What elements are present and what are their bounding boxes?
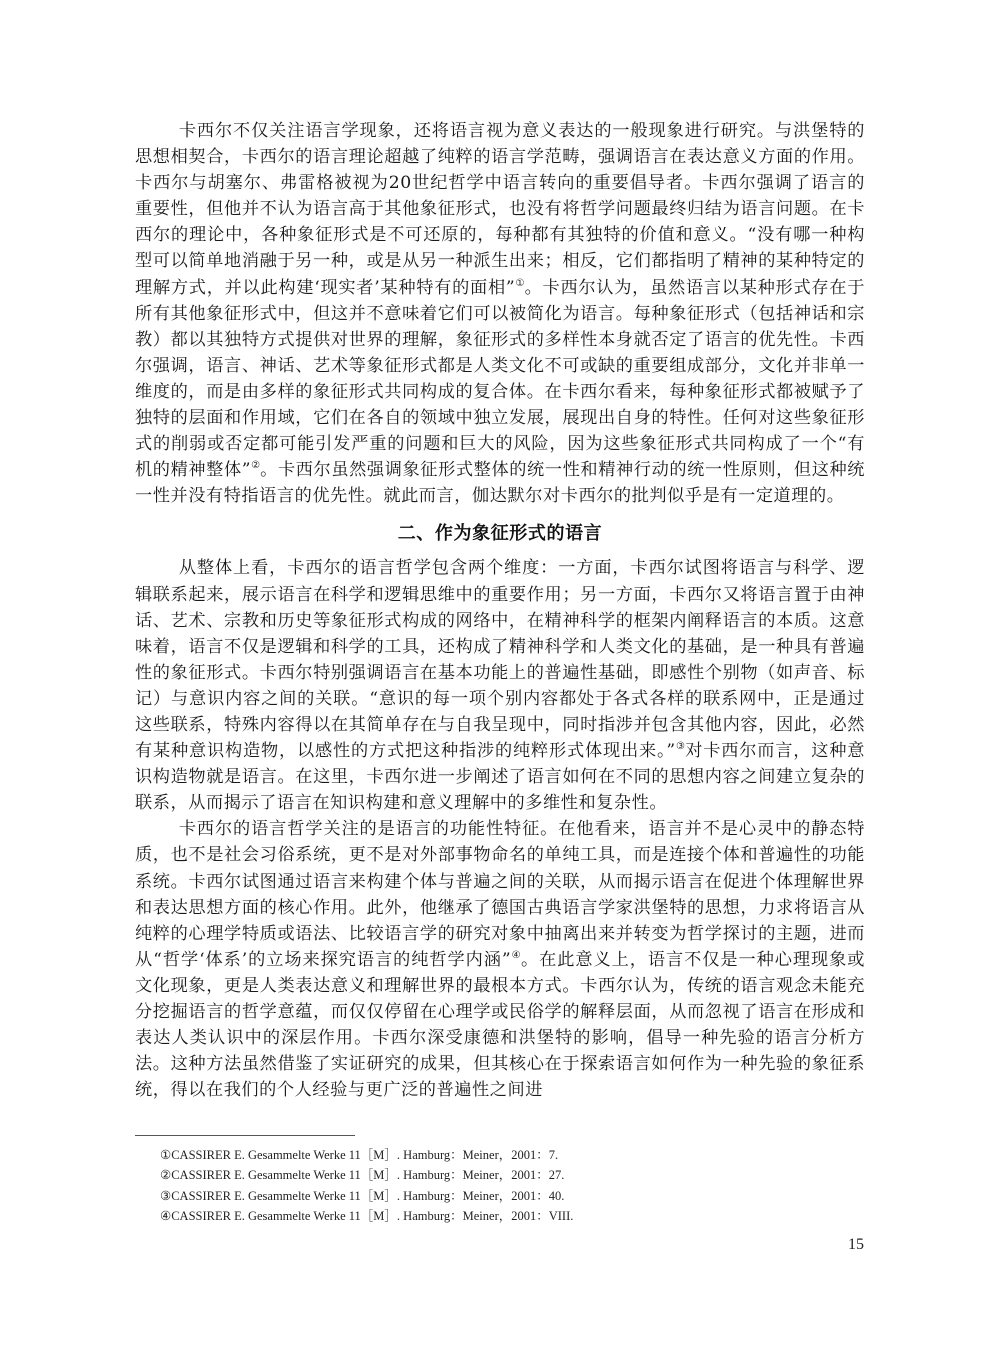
footnote-ref-3[interactable]: ③	[676, 741, 686, 752]
section-heading: 二、作为象征形式的语言	[135, 521, 865, 547]
page-body: 卡西尔不仅关注语言学现象，还将语言视为意义表达的一般现象进行研究。与洪堡特的思想…	[135, 118, 865, 1103]
footnote-2: ②CASSIRER E. Gesammelte Werke 11［M］. Ham…	[160, 1165, 860, 1185]
paragraph-1: 卡西尔不仅关注语言学现象，还将语言视为意义表达的一般现象进行研究。与洪堡特的思想…	[135, 118, 865, 509]
footnote-3: ③CASSIRER E. Gesammelte Werke 11［M］. Ham…	[160, 1186, 860, 1206]
paragraph-2: 从整体上看，卡西尔的语言哲学包含两个维度：一方面，卡西尔试图将语言与科学、逻辑联…	[135, 555, 865, 816]
footnotes: ①CASSIRER E. Gesammelte Werke 11［M］. Ham…	[160, 1145, 860, 1226]
paragraph-3: 卡西尔的语言哲学关注的是语言的功能性特征。在他看来，语言并不是心灵中的静态特质，…	[135, 816, 865, 1103]
footnote-4: ④CASSIRER E. Gesammelte Werke 11［M］. Ham…	[160, 1206, 860, 1226]
footnote-1: ①CASSIRER E. Gesammelte Werke 11［M］. Ham…	[160, 1145, 860, 1165]
footnote-ref-4[interactable]: ④	[511, 950, 521, 961]
paragraph-text: 。卡西尔认为，虽然语言以某种形式存在于所有其他象征形式中，但这并不意味着它们可以…	[135, 278, 865, 481]
paragraph-text: 卡西尔的语言哲学关注的是语言的功能性特征。在他看来，语言并不是心灵中的静态特质，…	[135, 819, 865, 969]
footnote-ref-2[interactable]: ②	[251, 460, 260, 471]
paragraph-text: 卡西尔不仅关注语言学现象，还将语言视为意义表达的一般现象进行研究。与洪堡特的思想…	[135, 121, 865, 298]
paragraph-text: 从整体上看，卡西尔的语言哲学包含两个维度：一方面，卡西尔试图将语言与科学、逻辑联…	[135, 558, 865, 761]
footnote-ref-1[interactable]: ①	[515, 278, 524, 289]
paragraph-text: 。在此意义上，语言不仅是一种心理现象或文化现象，更是人类表达意义和理解世界的最根…	[135, 950, 865, 1100]
footnote-divider	[135, 1135, 355, 1136]
page-number: 15	[848, 1236, 864, 1254]
